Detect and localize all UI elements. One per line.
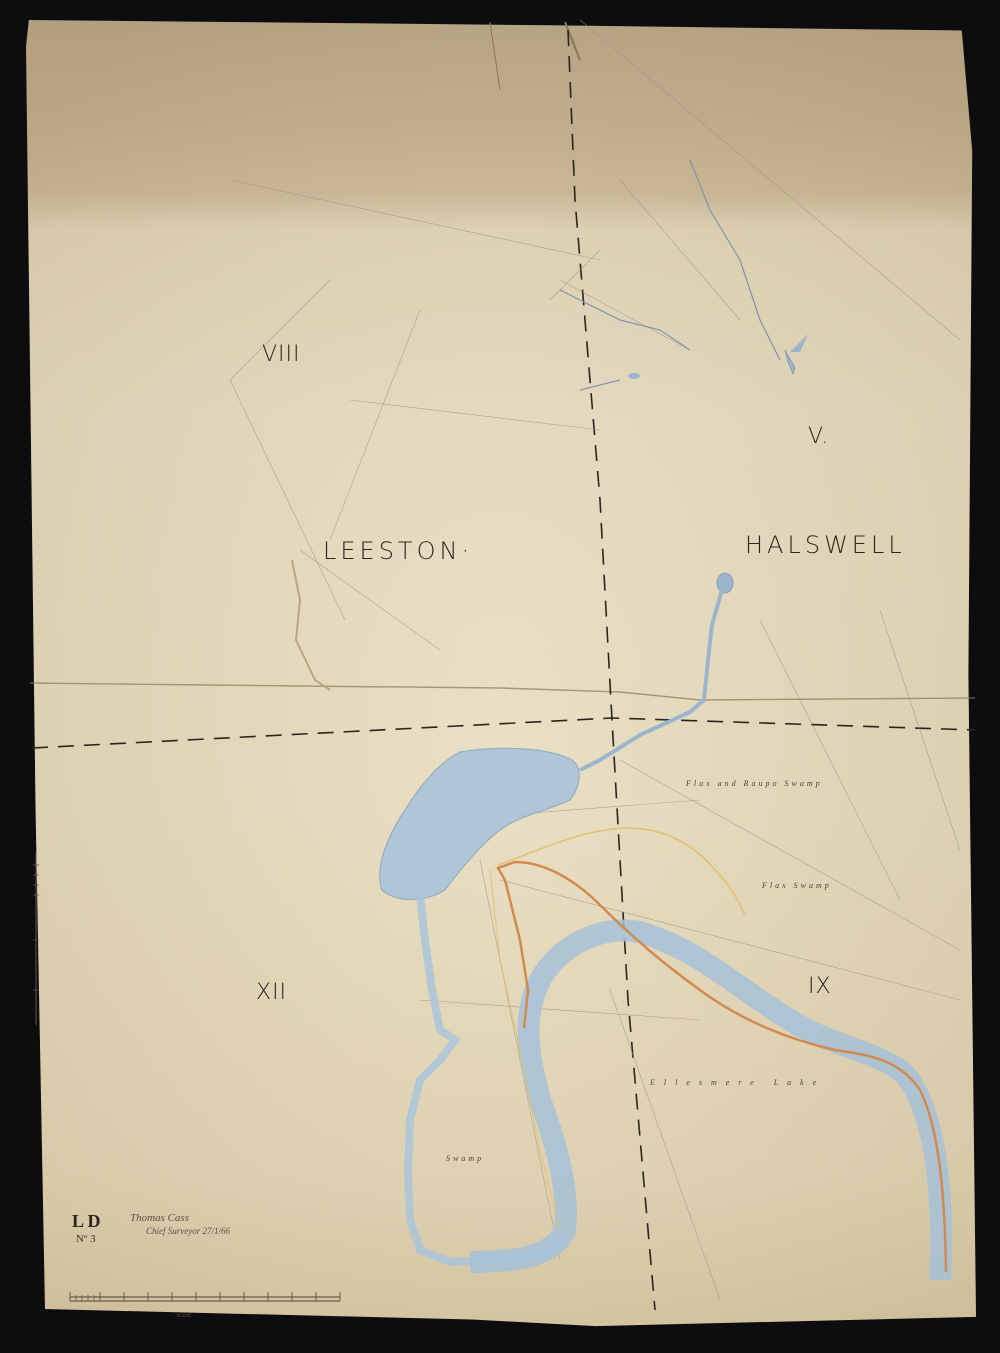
- feature-label-flax-raupo-swamp: Flax and Raupo Swamp: [686, 779, 823, 788]
- lake-inlet: [380, 748, 579, 899]
- town-label-halswell: HALSWELL: [745, 531, 906, 559]
- district-label-v: V.: [808, 424, 829, 449]
- ld-stamp-code: L D: [72, 1211, 101, 1232]
- district-label-ix: IX: [808, 974, 832, 999]
- signature-title-date: Chief Surveyor 27/1/66: [146, 1225, 230, 1238]
- town-label-leeston: LEESTON·: [323, 537, 473, 565]
- ld-stamp-number: Nº 3: [76, 1233, 96, 1245]
- feature-label-flax-swamp: Flax Swamp: [762, 881, 832, 890]
- signature-name: Thomas Cass: [130, 1212, 189, 1224]
- district-boundary-vertical: [568, 30, 655, 1310]
- surveyor-signature: Thomas Cass Chief Surveyor 27/1/66: [130, 1212, 230, 1238]
- ellesmere-lake-shore: [470, 931, 941, 1280]
- feature-label-swamp: Swamp: [446, 1154, 484, 1163]
- map-drawing: [0, 0, 1000, 1353]
- feature-label-ellesmere-lake: Ellesmere Lake: [650, 1078, 825, 1087]
- scale-bar-label: Scale: [176, 1311, 191, 1319]
- district-label-viii: VIII: [262, 342, 301, 367]
- district-label-xii: XII: [256, 980, 287, 1005]
- district-boundary-horizontal: [32, 718, 975, 748]
- scale-bar: [70, 1292, 340, 1301]
